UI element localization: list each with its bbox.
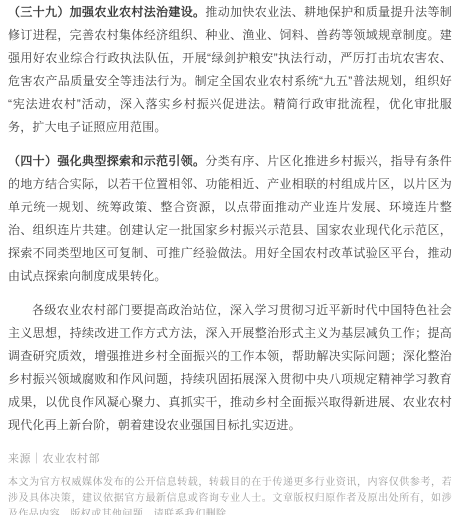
paragraph-section-39-heading: （三十九）加强农业农村法治建设。 <box>8 5 205 19</box>
paragraph-closing: 各级农业农村部门要提高政治站位，深入学习贯彻习近平新时代中国特色社会主义思想，持… <box>8 299 452 437</box>
paragraph-section-39-body: 推动加快农业法、耕地保护和质量提升法等制修订进程，完善农村集体经济组织、种业、渔… <box>8 5 452 134</box>
paragraph-section-40: （四十）强化典型探索和示范引领。分类有序、片区化推进乡村振兴，指导有条件的地方结… <box>8 150 452 288</box>
article-page: （三十九）加强农业农村法治建设。推动加快农业法、耕地保护和质量提升法等制修订进程… <box>0 0 460 515</box>
disclaimer-text: 本文为官方权威媒体发布的公开信息转载，转载目的在于传递更多行业资讯，内容仅供参考… <box>8 475 452 515</box>
paragraph-closing-body: 各级农业农村部门要提高政治站位，深入学习贯彻习近平新时代中国特色社会主义思想，持… <box>8 303 452 432</box>
source-line: 来源｜农业农村部 <box>8 451 452 467</box>
paragraph-section-39: （三十九）加强农业农村法治建设。推动加快农业法、耕地保护和质量提升法等制修订进程… <box>8 1 452 139</box>
paragraph-section-40-body: 分类有序、片区化推进乡村振兴，指导有条件的地方结合实际，以若干位置相邻、功能相近… <box>8 154 452 283</box>
paragraph-section-40-heading: （四十）强化典型探索和示范引领。 <box>8 154 205 168</box>
